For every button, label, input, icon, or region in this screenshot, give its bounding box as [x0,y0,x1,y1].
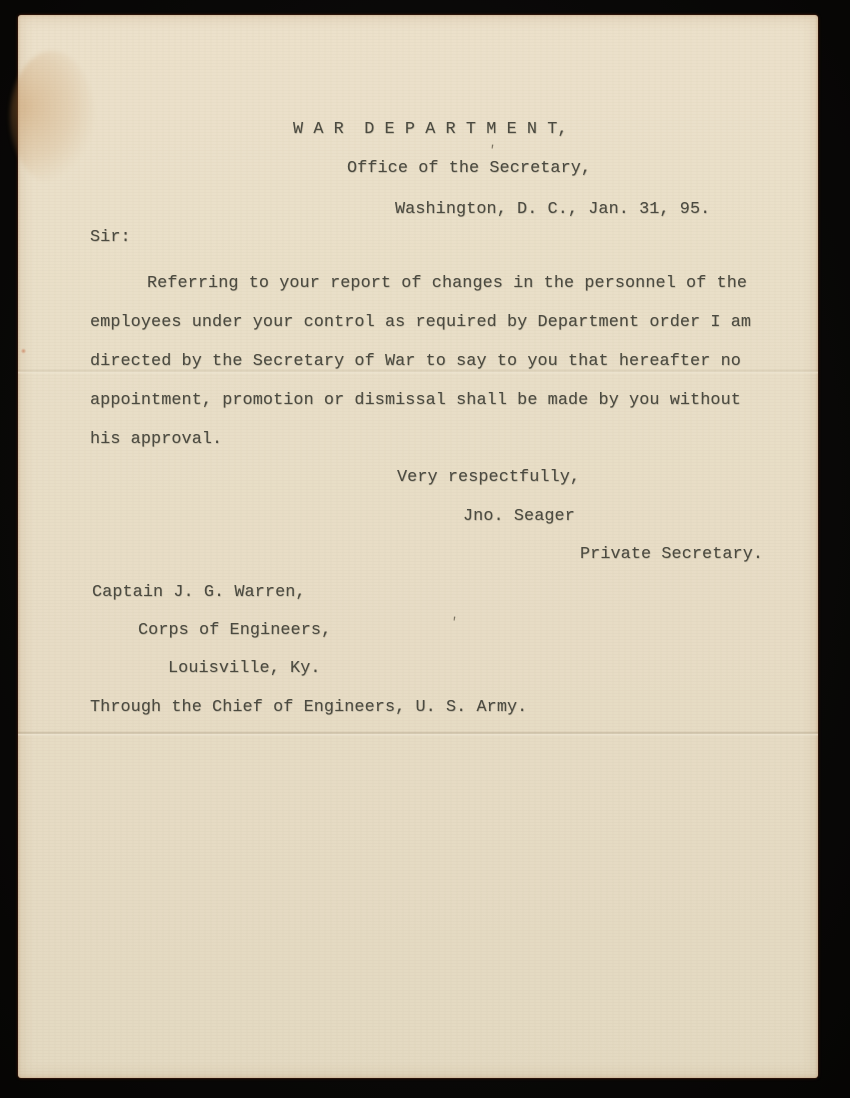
address-routing-line: Through the Chief of Engineers, U. S. Ar… [90,698,527,718]
paper-edge-speck [21,348,26,354]
closing-valediction: Very respectfully, [397,468,580,488]
body-line-3: directed by the Secretary of War to say … [90,352,741,372]
address-recipient-name: Captain J. G. Warren, [92,583,306,603]
letterhead-department: W A R D E P A R T M E N T, [293,120,568,140]
address-recipient-unit: Corps of Engineers, [138,621,331,641]
closing-signer-title: Private Secretary. [580,545,763,565]
body-line-4: appointment, promotion or dismissal shal… [90,391,741,411]
stray-ink-mark: ' [449,616,459,630]
letterhead-dateline: Washington, D. C., Jan. 31, 95. [395,200,710,220]
stray-ink-mark: ' [487,144,497,158]
fold-crease-lower [18,731,818,736]
closing-signature: Jno. Seager [463,507,575,527]
letterhead-office: Office of the Secretary, [347,159,591,179]
paper-stain-top-left [10,51,94,183]
address-recipient-location: Louisville, Ky. [168,659,321,679]
letter-paper: W A R D E P A R T M E N T, Office of the… [18,15,818,1078]
salutation: Sir: [90,228,131,248]
body-line-2: employees under your control as required… [90,313,751,333]
body-line-5: his approval. [90,430,222,450]
body-line-1: Referring to your report of changes in t… [147,274,747,294]
scanned-letter-photo: W A R D E P A R T M E N T, Office of the… [0,0,850,1098]
